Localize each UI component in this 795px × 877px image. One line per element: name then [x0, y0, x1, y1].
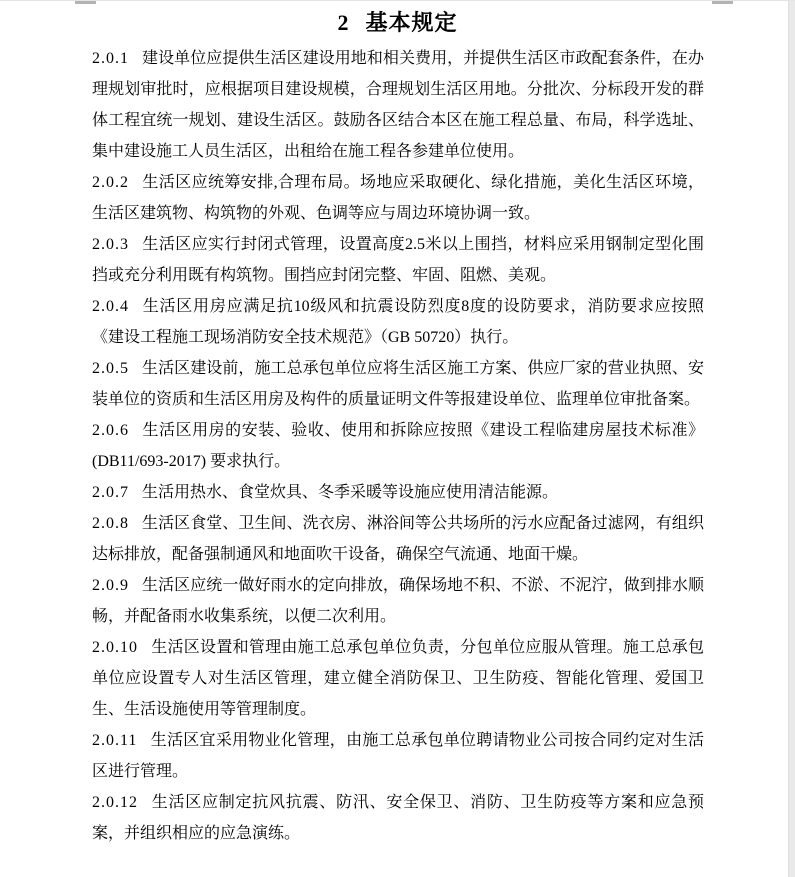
clause-number: 2.0.8 [92, 515, 129, 532]
clause-number: 2.0.2 [92, 174, 129, 191]
clause-text: 生活用热水、食堂炊具、冬季采暖等设施应使用清洁能源。 [142, 484, 558, 501]
section-title: 2基本规定 [0, 10, 795, 36]
clause-text: 生活区食堂、卫生间、洗衣房、淋浴间等公共场所的污水应配备过滤网，有组织达标排放，… [92, 515, 704, 563]
clause-text: 生活区宜采用物业化管理，由施工总承包单位聘请物业公司按合同约定对生活区进行管理。 [92, 732, 704, 780]
clause-2-0-5: 2.0.5生活区建设前，施工总承包单位应将生活区施工方案、供应厂家的营业执照、安… [92, 353, 704, 415]
clause-2-0-12: 2.0.12生活区应制定抗风抗震、防汛、安全保卫、消防、卫生防疫等方案和应急预案… [92, 787, 704, 849]
clause-number: 2.0.7 [92, 484, 129, 501]
clause-2-0-2: 2.0.2生活区应统筹安排,合理布局。场地应采取硬化、绿化措施，美化生活区环境，… [92, 167, 704, 229]
clause-2-0-4: 2.0.4生活区用房应满足抗10级风和抗震设防烈度8度的设防要求，消防要求应按照… [92, 291, 704, 353]
margin-mark-left [75, 1, 96, 4]
clause-2-0-1: 2.0.1建设单位应提供生活区建设用地和相关费用，并提供生活区市政配套条件，在办… [92, 43, 704, 167]
margin-mark-right [712, 1, 733, 4]
clause-text: 生活区应制定抗风抗震、防汛、安全保卫、消防、卫生防疫等方案和应急预案，并组织相应… [92, 794, 704, 842]
document-body: 2.0.1建设单位应提供生活区建设用地和相关费用，并提供生活区市政配套条件，在办… [92, 43, 704, 849]
clause-text: 生活区用房应满足抗10级风和抗震设防烈度8度的设防要求，消防要求应按照《建设工程… [92, 298, 704, 346]
clause-number: 2.0.11 [92, 732, 137, 749]
clause-text: 生活区应统筹安排,合理布局。场地应采取硬化、绿化措施，美化生活区环境，生活区建筑… [92, 174, 704, 222]
scrollbar-track[interactable] [788, 1, 795, 877]
clause-2-0-10: 2.0.10生活区设置和管理由施工总承包单位负责，分包单位应服从管理。施工总承包… [92, 632, 704, 725]
clause-number: 2.0.10 [92, 639, 138, 656]
clause-text: 生活区应统一做好雨水的定向排放，确保场地不积、不淤、不泥泞，做到排水顺畅，并配备… [92, 577, 704, 625]
clause-number: 2.0.9 [92, 577, 129, 594]
clause-number: 2.0.6 [92, 422, 129, 439]
clause-2-0-6: 2.0.6生活区用房的安装、验收、使用和拆除应按照《建设工程临建房屋技术标准》(… [92, 415, 704, 477]
clause-text: 生活区设置和管理由施工总承包单位负责，分包单位应服从管理。施工总承包单位应设置专… [92, 639, 704, 718]
clause-2-0-7: 2.0.7生活用热水、食堂炊具、冬季采暖等设施应使用清洁能源。 [92, 477, 704, 508]
clause-2-0-9: 2.0.9生活区应统一做好雨水的定向排放，确保场地不积、不淤、不泥泞，做到排水顺… [92, 570, 704, 632]
clause-text: 生活区用房的安装、验收、使用和拆除应按照《建设工程临建房屋技术标准》(DB11/… [92, 422, 704, 470]
clause-2-0-3: 2.0.3生活区应实行封闭式管理，设置高度2.5米以上围挡，材料应采用钢制定型化… [92, 229, 704, 291]
clause-number: 2.0.1 [92, 50, 129, 67]
section-number: 2 [337, 10, 349, 35]
clause-number: 2.0.12 [92, 794, 138, 811]
document-page: 2基本规定 2.0.1建设单位应提供生活区建设用地和相关费用，并提供生活区市政配… [0, 0, 795, 877]
clause-2-0-8: 2.0.8生活区食堂、卫生间、洗衣房、淋浴间等公共场所的污水应配备过滤网，有组织… [92, 508, 704, 570]
clause-text: 生活区建设前，施工总承包单位应将生活区施工方案、供应厂家的营业执照、安装单位的资… [92, 360, 704, 408]
clause-text: 建设单位应提供生活区建设用地和相关费用，并提供生活区市政配套条件，在办理规划审批… [92, 50, 704, 160]
section-label: 基本规定 [365, 10, 457, 35]
clause-number: 2.0.3 [92, 236, 129, 253]
clause-number: 2.0.5 [92, 360, 129, 377]
clause-text: 生活区应实行封闭式管理，设置高度2.5米以上围挡，材料应采用钢制定型化围挡或充分… [92, 236, 704, 284]
clause-number: 2.0.4 [92, 298, 129, 315]
clause-2-0-11: 2.0.11生活区宜采用物业化管理，由施工总承包单位聘请物业公司按合同约定对生活… [92, 725, 704, 787]
